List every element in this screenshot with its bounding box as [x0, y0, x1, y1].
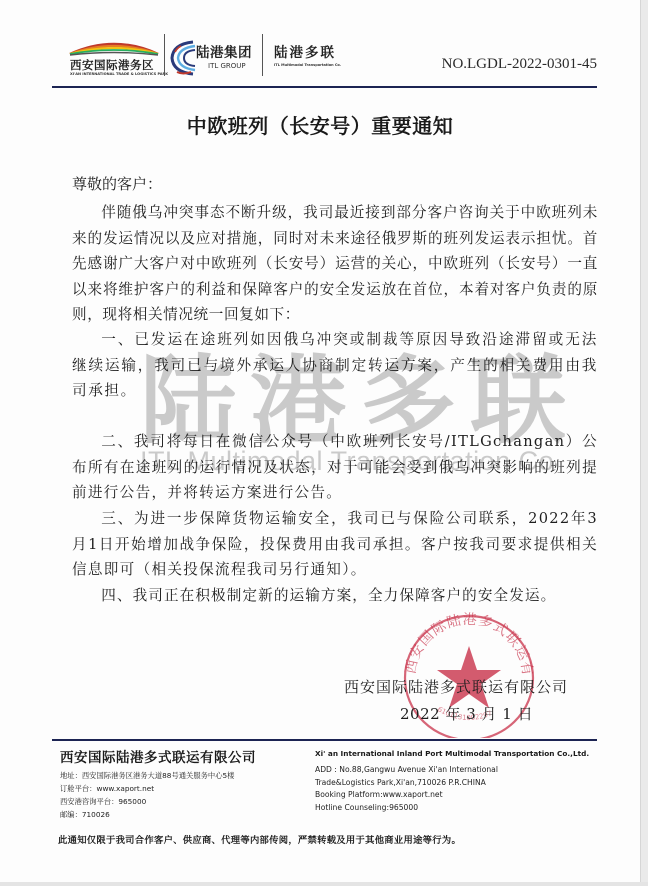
letterhead: 西安国际港务区 XI'AN INTERNATIONAL TRADE & LOGI…	[52, 30, 627, 86]
header-divider	[52, 86, 597, 88]
itl-group-logo-en: ITL GROUP	[208, 62, 246, 70]
notice-title: 中欧班列（长安号）重要通知	[0, 110, 640, 139]
document-page: 西安国际港务区 XI'AN INTERNATIONAL TRADE & LOGI…	[0, 0, 640, 882]
footer-hotline-en: Hotline Counseling:965000	[315, 802, 589, 815]
itl-group-logo: 陆港集团 ITL GROUP	[164, 36, 269, 80]
xian-port-logo-cn: 西安国际港务区	[70, 57, 154, 73]
logo-divider	[262, 34, 263, 76]
disclaimer: 此通知仅限于我司合作客户、供应商、代理等内部传阅，严禁转载及用于其他商业用途等行…	[58, 832, 461, 846]
document-number: NO.LGDL-2022-0301-45	[442, 56, 597, 73]
footer-booking-en: Booking Platform:www.xaport.net	[315, 789, 589, 802]
paragraph-item-3: 三、为进一步保障货物运输安全，我司已与保险公司联系，2022年3月1日开始增加战…	[72, 506, 598, 583]
footer-en: Xi' an International Inland Port Multimo…	[315, 749, 589, 814]
arc-stripes-icon	[66, 36, 162, 56]
footer-company-en: Xi' an International Inland Port Multimo…	[315, 749, 589, 758]
footer-hotline-cn: 西安港咨询平台：965000	[60, 795, 256, 808]
xian-port-logo-en: XI'AN INTERNATIONAL TRADE & LOGISTICS PA…	[70, 72, 168, 76]
paragraph-item-2: 二、我司将每日在微信公众号（中欧班列长安号/ITLGchangan）公布所有在途…	[72, 429, 598, 506]
footer-divider	[52, 739, 597, 741]
footer-postcode-cn: 邮编：710026	[60, 808, 256, 821]
globe-swoosh-icon	[167, 38, 197, 78]
itl-multimodal-logo-cn: 陆港多联	[274, 41, 336, 61]
signing-date: 2022 年 3 月 1 日	[400, 703, 533, 724]
salutation: 尊敬的客户：	[72, 172, 604, 197]
page-edge-bottom	[0, 882, 648, 886]
itl-group-logo-cn: 陆港集团	[196, 41, 252, 61]
svg-text:西安国际陆港多式联运有限公司: 西安国际陆港多式联运有限公司	[393, 608, 535, 678]
footer-address-cn: 地址：西安国际港务区港务大道88号通关服务中心5楼	[60, 769, 256, 782]
footer-company-cn: 西安国际陆港多式联运有限公司	[60, 746, 256, 766]
itl-multimodal-logo-en: ITL Multimodal Transportation Co.	[274, 63, 341, 67]
paragraph-intro: 伴随俄乌冲突事态不断升级，我司最近接到部分客户咨询关于中欧班列未来的发运情况以及…	[72, 200, 598, 328]
xian-port-logo: 西安国际港务区 XI'AN INTERNATIONAL TRADE & LOGI…	[64, 36, 164, 80]
page-edge-right	[640, 0, 648, 886]
paragraph-item-1: 一、已发运在途班列如因俄乌冲突或制裁等原因导致沿途滞留或无法继续运输，我司已与境…	[72, 327, 598, 404]
footer-address-en-2: Trade&Logistics Park,Xi'an,710026 P.R.CH…	[315, 777, 589, 790]
signing-company: 西安国际陆港多式联运有限公司	[344, 676, 568, 697]
footer-address-en-1: ADD : No.88,Gangwu Avenue Xi'an Internat…	[315, 764, 589, 777]
itl-multimodal-logo: 陆港多联 ITL Multimodal Transportation Co.	[270, 36, 360, 80]
footer-cn: 西安国际陆港多式联运有限公司 地址：西安国际港务区港务大道88号通关服务中心5楼…	[60, 746, 256, 821]
paragraph-item-4: 四、我司正在积极制定新的运输方案，全力保障客户的安全发运。	[72, 583, 598, 609]
footer-booking-cn: 订舱平台：www.xaport.net	[60, 782, 256, 795]
